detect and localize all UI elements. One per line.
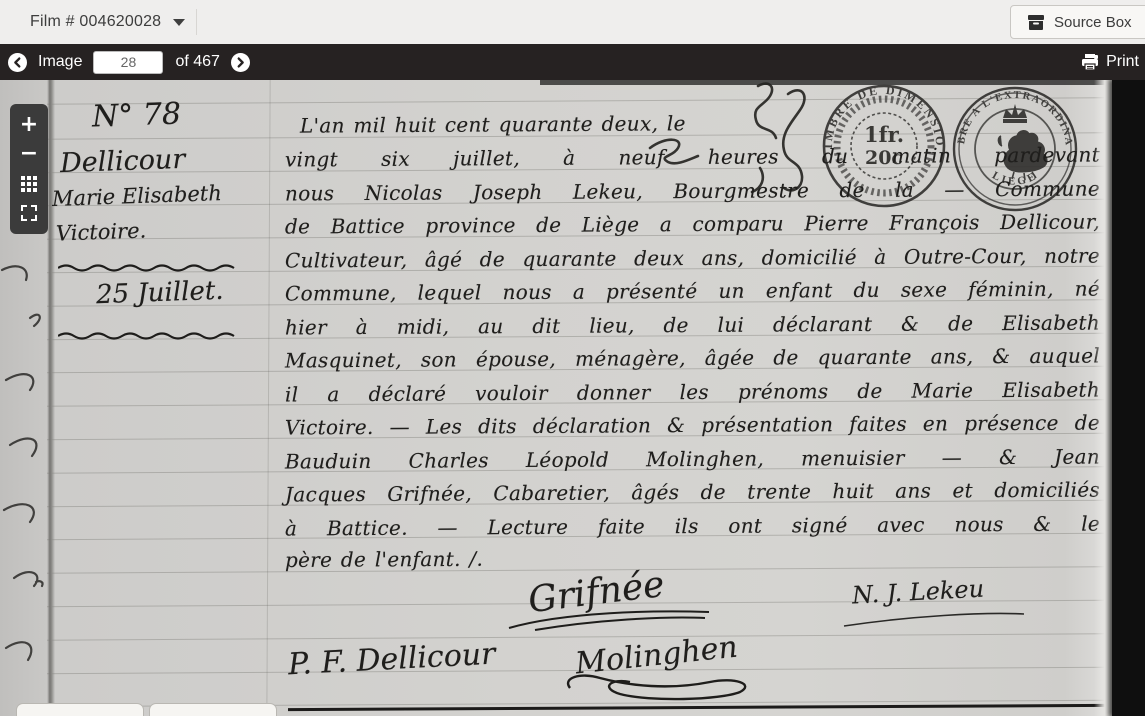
- record-number: N° 78: [91, 96, 181, 134]
- stray-ink-marks: [0, 260, 46, 680]
- divider: [196, 9, 197, 35]
- grid-icon: [21, 176, 37, 192]
- previous-image-button[interactable]: [8, 53, 27, 72]
- chevron-down-icon: [173, 19, 185, 26]
- act-text-line: Jacques Grifnée, Cabaretier, âgés de tre…: [285, 478, 1100, 507]
- film-black-border: [1112, 80, 1145, 716]
- chevron-left-icon: [11, 56, 24, 69]
- bottom-toolbar-button[interactable]: [149, 703, 277, 716]
- source-box-icon: [1027, 15, 1045, 30]
- grid-view-button[interactable]: [14, 171, 44, 197]
- act-text-line: père de l'enfant. /.: [285, 546, 605, 572]
- page-right-edge: [1094, 80, 1112, 716]
- act-text-line: Commune, lequel nous a présenté un enfan…: [285, 277, 1100, 306]
- act-text-line: Bauduin Charles Léopold Molinghen, menui…: [285, 445, 1100, 474]
- crown-icon: [1003, 104, 1027, 123]
- image-number-input[interactable]: [93, 51, 163, 74]
- source-box-button[interactable]: Source Box: [1010, 5, 1145, 39]
- image-label: Image: [38, 53, 82, 71]
- margin-record-date: 25 Juillet.: [96, 276, 225, 310]
- top-bar: Film # 004620028 Source Box: [0, 0, 1145, 44]
- bottom-toolbar-button[interactable]: [16, 703, 144, 716]
- next-image-button[interactable]: [231, 53, 250, 72]
- fullscreen-icon: [21, 205, 37, 221]
- film-selector[interactable]: Film # 004620028: [30, 0, 185, 44]
- film-number-label: Film # 004620028: [30, 13, 161, 31]
- book-binding-crease: [47, 80, 55, 716]
- chevron-right-icon: [234, 56, 247, 69]
- act-text-line: il a déclaré vouloir donner les prénoms …: [285, 378, 1100, 407]
- act-text-line: Victoire. — Les dits déclaration & prése…: [285, 411, 1100, 440]
- image-nav-toolbar: Image of 467 Print: [0, 44, 1145, 80]
- print-button[interactable]: Print: [1081, 44, 1139, 80]
- margin-given-names2: Victoire.: [56, 218, 147, 245]
- image-total-label: of 467: [175, 53, 219, 71]
- document-image-viewer[interactable]: TIMBRE DE DIMENSION 1fr. 20c TIMBRE A L'…: [0, 80, 1145, 716]
- act-text-line: à Battice. — Lecture faite ils ont signé…: [285, 512, 1100, 541]
- act-text-line: hier à midi, au dit lieu, de lui déclara…: [285, 311, 1100, 340]
- act-text-line: Cultivateur, âgé de quarante deux ans, d…: [285, 244, 1100, 273]
- act-text-line: vingt six juillet, à neuf heures du mati…: [285, 143, 1100, 172]
- act-text-line: de Battice province de Liège a comparu P…: [285, 210, 1100, 239]
- act-text-line: Masquinet, son épouse, ménagère, âgée de…: [285, 344, 1100, 373]
- margin-surname: Dellicour: [59, 144, 185, 179]
- zoom-out-button[interactable]: −: [14, 141, 44, 167]
- print-label: Print: [1106, 53, 1139, 71]
- zoom-control-panel: + −: [10, 104, 48, 234]
- print-icon: [1081, 54, 1100, 71]
- zoom-in-button[interactable]: +: [14, 112, 44, 138]
- source-box-label: Source Box: [1054, 14, 1132, 31]
- fullscreen-button[interactable]: [14, 200, 44, 226]
- act-text-line: L'an mil huit cent quarante deux, le: [300, 110, 840, 137]
- act-text-line: nous Nicolas Joseph Lekeu, Bourgmestre d…: [285, 177, 1100, 206]
